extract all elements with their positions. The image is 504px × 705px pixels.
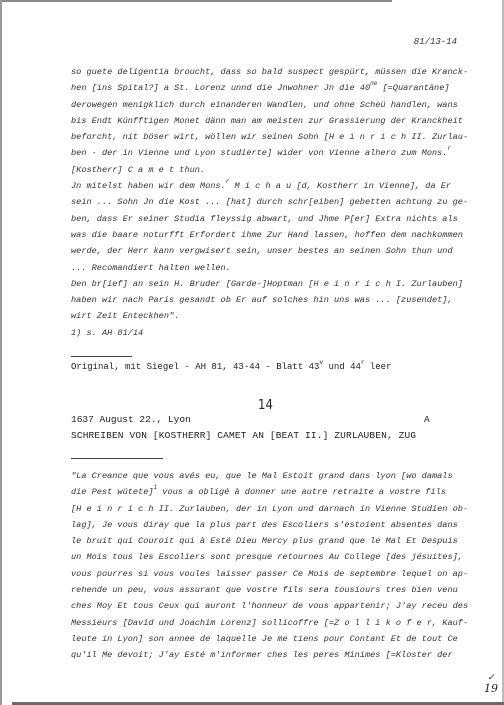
- divider: [71, 356, 132, 357]
- text-line: hen [ins Spital?] a St. Lorenz unnd die …: [71, 80, 461, 96]
- text-line: bis Endt Künfftigen Monet dänn man am me…: [71, 113, 461, 129]
- text-line: Messieurs [David und Joachim Lorenz] sol…: [71, 615, 461, 631]
- text-line: die Pest wütete]1 vous a obligé à donner…: [71, 484, 461, 500]
- text-line: leute in Lyon] son annee de laquelle Je …: [71, 631, 461, 647]
- text-line: ben, dass Er seiner Studia fleyssig abwa…: [71, 211, 461, 227]
- check-icon: ✓: [484, 674, 498, 682]
- text-line: ben - der in Vienne und Lyon studierte] …: [71, 145, 461, 161]
- text-line: [H e i n r i c h II. Zurlauben, der in L…: [71, 501, 461, 517]
- text-segment: die Pest wütete]: [71, 487, 154, 497]
- text-line: was die baare noturfft Erfordert ihme Zu…: [71, 227, 461, 243]
- text-line: [Kostherr] C a m e t thun.: [71, 162, 461, 178]
- divider: [71, 458, 163, 459]
- text-segment: M i c h a u [d, Kostherr in Vienne], da …: [229, 181, 451, 191]
- text-line: vous pourres si vous voules laisser pass…: [71, 566, 461, 582]
- continued-letter-text: so guete deligentia broucht, dass so bal…: [71, 64, 461, 325]
- text-line: le bruit qui Couroit qui à Esté Dieu Mer…: [71, 533, 461, 549]
- text-line: lag], Je vous diray que la plus part des…: [71, 517, 461, 533]
- text-line: so guete deligentia broucht, dass so bal…: [71, 64, 461, 80]
- text-line: sein ... Sohn Jn die Kost ... [hat] durc…: [71, 194, 461, 210]
- text-line: ches Moy Et tous Ceux qui auront l'honne…: [71, 598, 461, 614]
- scan-edge-left: [0, 0, 2, 705]
- text-line: beforcht, nit böser wirt, wöllen wir sei…: [71, 129, 461, 145]
- source-note: Original, mit Siegel - AH 81, 43-44 - Bl…: [71, 362, 392, 372]
- text-segment: [=Quarantäne]: [377, 83, 449, 93]
- letter-text: "La Creance que vous avés eu, que le Mal…: [71, 468, 461, 664]
- superscript: r: [447, 145, 451, 152]
- text-line: Den br[ief] an sein H. Bruder [Garde-]Ho…: [71, 276, 461, 292]
- text-line: wirt Zeit Enteckhen".: [71, 308, 461, 324]
- document-heading: SCHREIBEN VON [KOSTHERR] CAMET AN [BEAT …: [71, 430, 416, 441]
- text-line: "La Creance que vous avés eu, que le Mal…: [71, 468, 461, 484]
- text-segment: leer: [364, 362, 391, 372]
- text-segment: hen [ins Spital?] a St. Lorenz unnd die …: [71, 83, 370, 93]
- footnote: 1) s. AH 81/14: [71, 328, 143, 338]
- scan-edge-top: [0, 0, 392, 2]
- text-segment: vous a obligé à donner une autre retrait…: [157, 487, 446, 497]
- text-line: werde, der Herr kann vergwisert sein, un…: [71, 243, 461, 259]
- text-line: qu'il Me devoit; J'ay Esté m'informer ch…: [71, 647, 461, 663]
- page-reference: 81/13-14: [414, 37, 457, 47]
- text-line: ... Recomandiert halten wellen.: [71, 260, 461, 276]
- text-segment: ben - der in Vienne und Lyon studierte] …: [71, 148, 447, 158]
- text-line: rehende un peu, vous assurant que vostre…: [71, 582, 461, 598]
- text-line: Jn mitelst haben wir dem Mons.r M i c h …: [71, 178, 461, 194]
- text-segment: Jn mitelst haben wir dem Mons.: [71, 181, 226, 191]
- text-line: haben wir nach Paris gesandt ob Er auf s…: [71, 292, 461, 308]
- document-number: 14: [258, 398, 273, 413]
- folio-mark: ✓ 19: [484, 674, 498, 695]
- document-date-place: 1637 August 22., Lyon: [71, 414, 191, 425]
- document-type-letter: A: [424, 414, 430, 425]
- text-line: un Mois tous les Escoliers sont presque …: [71, 549, 461, 565]
- text-segment: Original, mit Siegel - AH 81, 43-44 - Bl…: [71, 362, 319, 372]
- text-segment: und 44: [323, 362, 361, 372]
- folio-number: 19: [484, 682, 498, 695]
- text-line: derowegen menigklich durch einanderen Wa…: [71, 97, 461, 113]
